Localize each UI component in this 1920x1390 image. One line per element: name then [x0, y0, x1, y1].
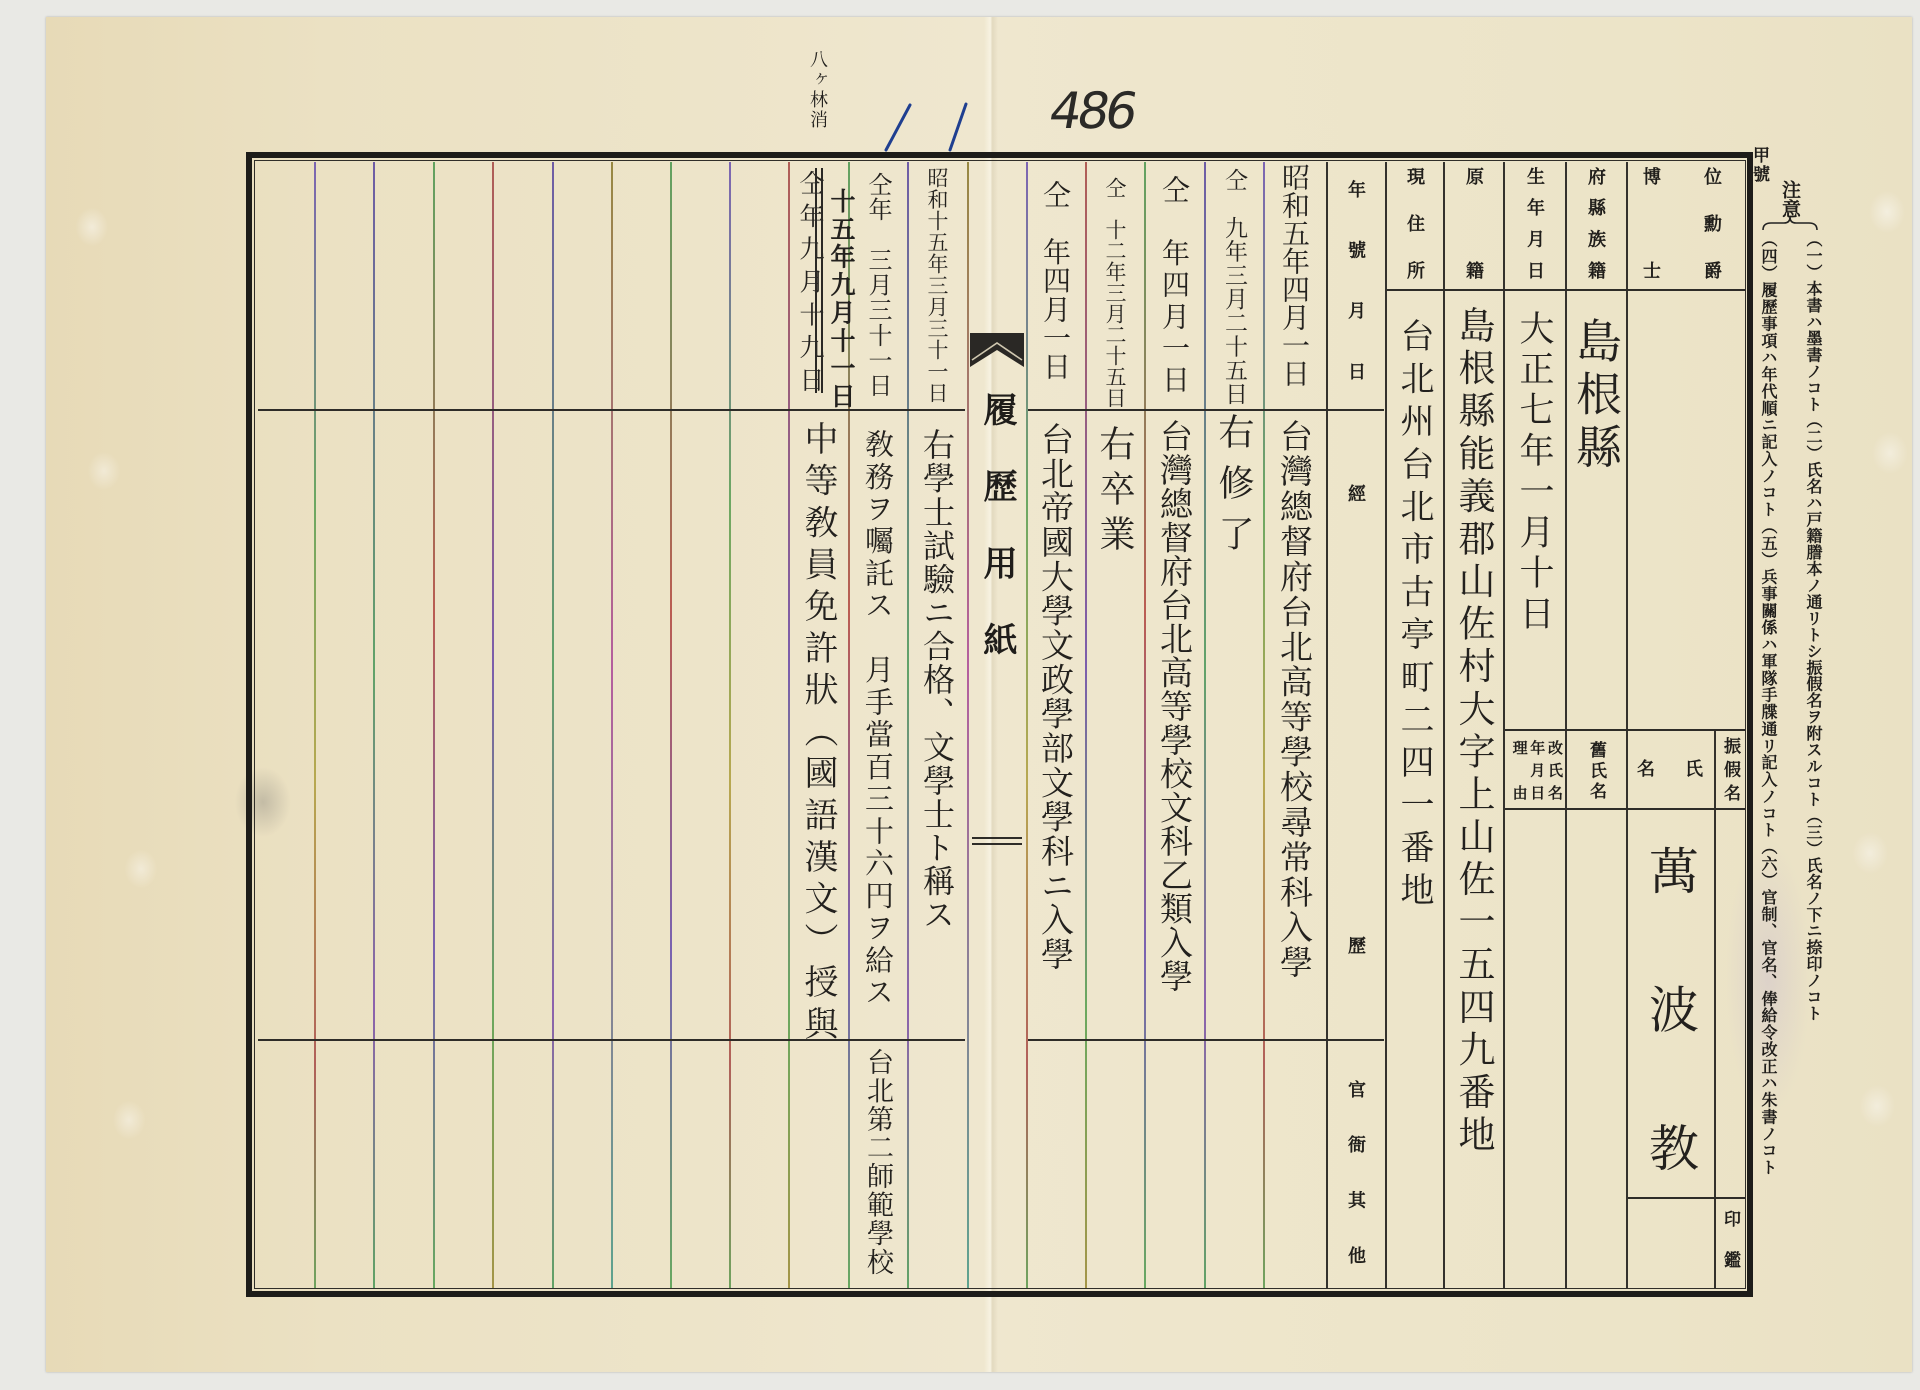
column-rule [314, 162, 316, 1288]
header-date: 年號月日 [1326, 180, 1385, 380]
domicile-value: 島根縣能義郡山佐村大字上山佐一五四九番地 [1443, 306, 1503, 1152]
address-label: 現住所 [1385, 167, 1443, 279]
seal-label: 印鑑 [1714, 1210, 1746, 1268]
notes-column-2: （四）履歷事項ハ年代順ニ記入ノコト（五）兵事關係ハ軍隊手牒通リ記入ノコト（六）官… [1755, 231, 1781, 1175]
birthdate-value: 大正七年一月十日 [1503, 310, 1565, 630]
strikethrough-line [821, 168, 823, 393]
entry-office: 台北第二師範學校 [848, 1048, 907, 1275]
registry-label: 府縣族籍 [1565, 167, 1626, 279]
entry-career: 敎務ヲ囑託ス 月手當百三十六円ヲ給ス [848, 429, 907, 1006]
form-title: 履歷用紙 [967, 392, 1026, 656]
entry-date: 仝 十二年三月二十五日 [1085, 177, 1144, 407]
seal-rule [1628, 1197, 1745, 1199]
entry-date: 十五年九月十一日 [828, 188, 854, 408]
entry-career: 右修了 [1204, 413, 1263, 551]
former-name-label: 舊氏名 [1566, 741, 1626, 799]
entry-date: 仝 年四月一日 [1026, 180, 1085, 380]
title-double-rule [972, 837, 1022, 839]
entry-date: 昭和十五年三月三十一日 [907, 167, 967, 403]
entry-career: 台灣總督府台北高等學校尋常科入學 [1263, 419, 1326, 978]
address-value: 台北州台北市古亭町二四一番地 [1385, 318, 1443, 906]
domicile-label: 原籍 [1443, 167, 1503, 279]
form-type: 甲號 [1749, 146, 1769, 182]
registry-value: 島根縣 [1565, 317, 1626, 469]
name-header-rule [1505, 808, 1745, 810]
name-change-label: 改氏名 年月日 理 由 [1510, 740, 1563, 800]
office-section-rule [1028, 1039, 1384, 1041]
entry-date: 仝 九年三月二十五日 [1204, 168, 1263, 405]
furigana-label: 振假名 [1714, 737, 1746, 801]
name-label-family: 氏 [1685, 761, 1703, 779]
name-value: 萬波教 [1626, 845, 1714, 1172]
office-section-rule [258, 1039, 965, 1041]
column-rule [492, 162, 494, 1288]
entry-date: 昭和五年四月一日 [1263, 163, 1326, 383]
entry-date: 仝 年四月一日 [1144, 175, 1204, 393]
header-office: 官衙其他 [1326, 1080, 1385, 1264]
name-label-given: 名 [1637, 761, 1655, 779]
title-double-rule [972, 843, 1022, 845]
date-section-rule [1028, 409, 1384, 411]
personal-mid-rule [1505, 729, 1745, 731]
notes-heading: 注意 [1779, 180, 1801, 218]
column-rule [729, 162, 731, 1288]
notes-column-1: （一）本書ハ墨書ノコト（二）氏名ハ戸籍謄本ノ通リトシ振假名ヲ附スルコト（三）氏名… [1800, 231, 1826, 1021]
page-number: 486 [1045, 84, 1138, 138]
entry-date-struck: 仝年九月十九日 [797, 170, 823, 392]
date-section-rule [258, 409, 965, 411]
header-career: 經歷 [1326, 484, 1385, 954]
rank-label: 位勳爵 [1697, 167, 1725, 279]
column-rule [611, 162, 613, 1288]
entry-date: 仝年 三月三十一日 [848, 172, 907, 397]
doctorate-label: 博士 [1636, 167, 1664, 279]
birthdate-label: 生年月日 [1503, 167, 1565, 279]
column-rule [670, 162, 672, 1288]
entry-career: 台北帝國大學文政學部文學科ニ入學 [1026, 422, 1085, 970]
blue-pencil-marks [870, 95, 980, 160]
personal-header-rule [1387, 289, 1745, 291]
entry-career: 台灣總督府台北高等學校文科乙類入學 [1144, 419, 1204, 992]
column-rule [373, 162, 375, 1288]
top-handwritten-note: 八ヶ林消 [805, 50, 829, 128]
column-rule [552, 162, 554, 1288]
column-rule [967, 162, 969, 1288]
brace-icon [1762, 216, 1818, 232]
entry-career: 右學士試驗ニ合格、文學士ト稱ス [907, 428, 967, 930]
entry-career: 右卒業 [1085, 425, 1144, 551]
column-rule [433, 162, 435, 1288]
fishtail-mark-icon [970, 333, 1024, 367]
column-rule-furigana [1714, 730, 1716, 1288]
strikethrough-line [815, 168, 817, 393]
entry-career: 中等敎員免許狀（國語漢文）授與 [788, 421, 848, 1040]
